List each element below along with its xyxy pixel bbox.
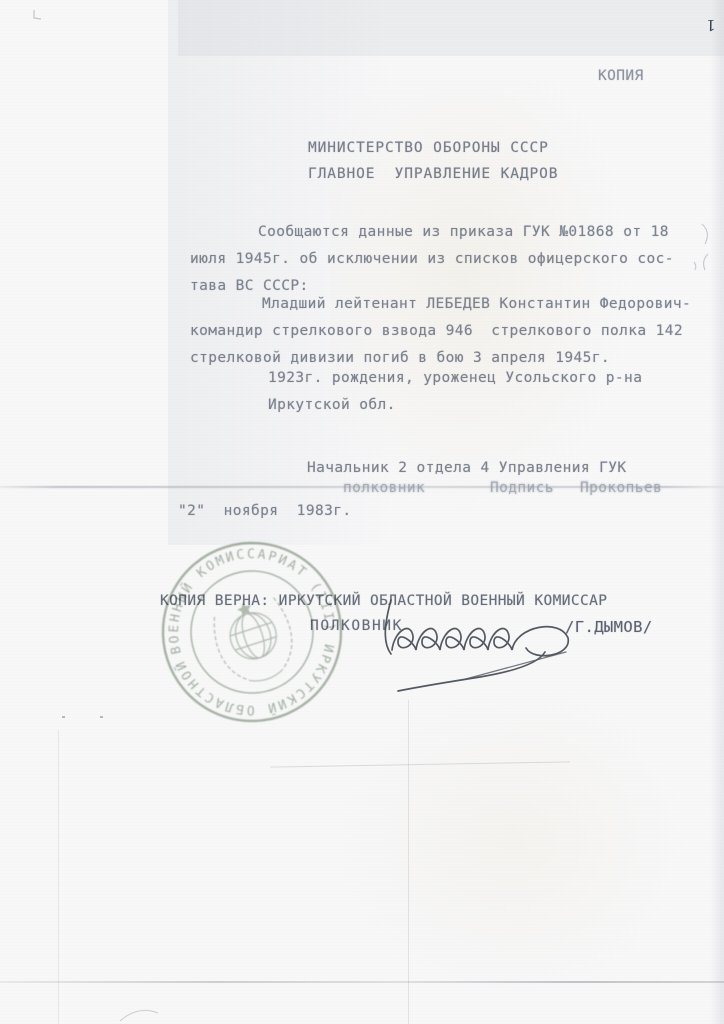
page-number-mark: 1 — [706, 16, 716, 34]
pen-scribble-mark — [672, 210, 724, 280]
stamp-ring-text: ВОЕННЫЙ КОМИССАРИАТ (III) ИРКУТСКИЙ ОБЛА… — [144, 525, 360, 741]
body-p3-line-1: 1923г. рождения, уроженец Усольского р-н… — [268, 370, 642, 386]
official-stamp: ВОЕННЫЙ КОМИССАРИАТ (III) ИРКУТСКИЙ ОБЛА… — [140, 520, 370, 750]
letterhead-line-2: ГЛАВНОЕ УПРАВЛЕНИЕ КАДРОВ — [308, 166, 558, 182]
scan-edge-shadow-right — [710, 0, 724, 1024]
paper-corner-curl — [110, 995, 180, 1024]
soviet-emblem-icon — [207, 591, 303, 691]
body-p1-line-2: июля 1945г. об исключении из списков офи… — [190, 251, 674, 267]
body-p1-line-1: Сообщаются данные из приказа ГУК №01868 … — [258, 224, 669, 240]
paper-crease-bottom — [0, 981, 724, 983]
paper-crease-middle — [270, 761, 570, 767]
svg-text:ВОЕННЫЙ КОМИССАРИАТ (III) ИРК: ВОЕННЫЙ КОМИССАРИАТ (III) ИРКУТСКИЙ ОБЛА… — [144, 525, 360, 741]
scan-warm-patch-lower — [330, 680, 690, 1000]
signoff-signature-word: Подпись — [490, 480, 554, 496]
scan-speck — [100, 716, 103, 718]
body-p1-line-3: тава ВС СССР: — [190, 278, 309, 294]
body-p2-line-3: стрелковой дивизии погиб в бою 3 апреля … — [190, 350, 610, 366]
paper-crease-vertical — [408, 700, 409, 1024]
body-p3-line-2: Иркутской обл. — [268, 397, 396, 413]
letterhead-line-1: МИНИСТЕРСТВО ОБОРОНЫ СССР — [308, 140, 549, 156]
signoff-title: Начальник 2 отдела 4 Управления ГУК — [307, 460, 627, 476]
paper-edge-left — [58, 730, 59, 1024]
body-p2-line-2: командир стрелкового взвода 946 стрелков… — [190, 323, 683, 339]
pencil-corner-mark — [0, 0, 60, 40]
scan-band-top — [178, 0, 724, 56]
signature — [360, 575, 680, 710]
body-p2-line-1: Младший лейтенант ЛЕБЕДЕВ Константин Фед… — [262, 296, 691, 312]
scanned-document-page: 1 КОПИЯ МИНИСТЕРСТВО ОБОРОНЫ СССР ГЛАВНО… — [0, 0, 724, 1024]
scan-speck — [62, 716, 65, 718]
copy-label: КОПИЯ — [598, 68, 644, 84]
document-date: "2" ноября 1983г. — [178, 503, 351, 519]
signoff-name: Прокопьев — [580, 480, 662, 496]
signoff-rank: полковник — [343, 480, 425, 496]
